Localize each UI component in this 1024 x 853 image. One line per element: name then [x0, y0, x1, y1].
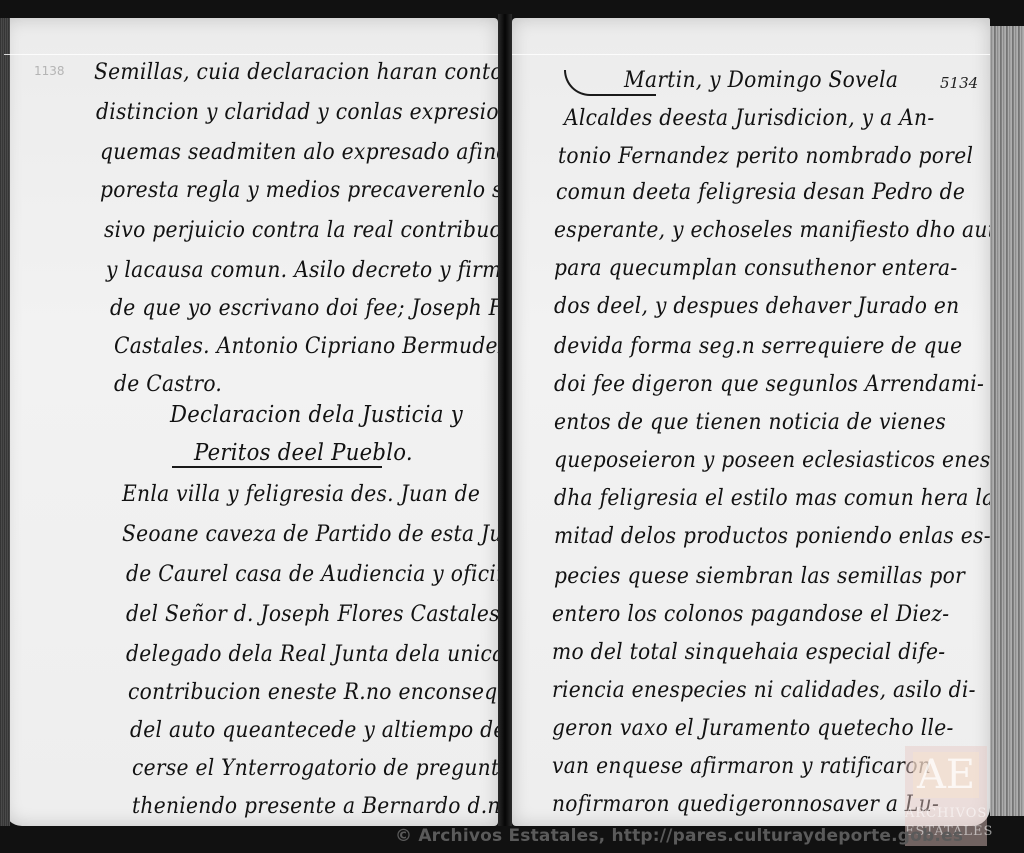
manuscript-line: riencia enespecies ni calidades, asilo d… — [552, 678, 976, 703]
manuscript-line: cerse el Ynterrogatorio de preguntas — [132, 756, 522, 781]
manuscript-line: Alcaldes deesta Jurisdicion, y a An- — [564, 106, 934, 131]
manuscript-line: del Señor d. Joseph Flores Castales sub- — [126, 602, 551, 627]
right-page: 5134 Martin, y Domingo Sovela Alcaldes d… — [512, 18, 990, 826]
manuscript-line: distincion y claridad y conlas expresion… — [96, 100, 535, 125]
copyright-watermark: © Archivos Estatales, http://pares.cultu… — [395, 826, 963, 846]
section-heading: Peritos deel Pueblo. — [194, 440, 413, 466]
manuscript-line: delegado dela Real Junta dela unica — [126, 642, 504, 667]
manuscript-line: Martin, y Domingo Sovela — [624, 68, 898, 93]
book-gutter — [498, 14, 512, 826]
manuscript-line: de que yo escrivano doi fee; Joseph Flor… — [110, 296, 555, 321]
section-heading: Declaracion dela Justicia y — [170, 402, 463, 428]
manuscript-line: mo del total sinquehaia especial dife- — [552, 640, 945, 665]
logo-mark: AE — [913, 752, 979, 798]
manuscript-line: entos de que tienen noticia de vienes — [554, 410, 946, 435]
document-viewer: 1138 Semillas, cuia declaracion haran co… — [0, 0, 1024, 853]
manuscript-line: esperante, y echoseles manifiesto dho au… — [554, 218, 1009, 243]
manuscript-line: comun deeta feligresia desan Pedro de — [556, 180, 965, 205]
logo-text-line1: ARCHIVOS — [905, 806, 987, 821]
manuscript-line: del auto queantecede y altiempo de-ne — [130, 718, 538, 743]
manuscript-line: tonio Fernandez perito nombrado porel — [558, 144, 973, 169]
left-page: 1138 Semillas, cuia declaracion haran co… — [4, 18, 498, 826]
manuscript-line: queposeieron y poseen eclesiasticos enes… — [554, 448, 1011, 473]
margin-number: 1138 — [34, 64, 65, 78]
manuscript-line: Enla villa y feligresia des. Juan de — [122, 482, 480, 507]
manuscript-line: geron vaxo el Juramento quetecho lle- — [552, 716, 954, 741]
manuscript-line: sivo perjuicio contra la real contribuci… — [104, 218, 534, 243]
manuscript-line: de Castro. — [114, 372, 222, 397]
manuscript-line: pecies quese siembran las semillas por — [554, 564, 965, 589]
folio-number: 5134 — [940, 74, 978, 92]
fold-line — [4, 54, 498, 55]
manuscript-line: devida forma seg.n serrequiere de que — [554, 334, 962, 359]
manuscript-line: dha feligresia el estilo mas comun hera … — [554, 486, 994, 511]
page-stack-edge — [990, 26, 1024, 816]
manuscript-line: y lacausa comun. Asilo decreto y firmo — [106, 258, 514, 283]
manuscript-line: entero los colonos pagandose el Diez- — [552, 602, 949, 627]
manuscript-line: de Caurel casa de Audiencia y oficina — [126, 562, 522, 587]
manuscript-line: doi fee digeron que segunlos Arrendami- — [554, 372, 984, 397]
manuscript-line: quemas seadmiten alo expresado afinde — [100, 140, 522, 165]
manuscript-line: mitad delos productos poniendo enlas es- — [554, 524, 991, 549]
manuscript-line: poresta regla y medios precaverenlo subc… — [100, 178, 553, 203]
manuscript-line: Castales. Antonio Cipriano Bermudez — [114, 334, 509, 359]
manuscript-line: nofirmaron quedigeronnosaver a Lu- — [552, 792, 939, 817]
manuscript-line: para quecumplan consuthenor entera- — [554, 256, 958, 281]
fold-line — [512, 54, 990, 55]
manuscript-line: van enquese afirmaron y ratificaron — [552, 754, 931, 779]
manuscript-line: Semillas, cuia declaracion haran contoda — [94, 60, 528, 85]
manuscript-line: dos deel, y despues dehaver Jurado en — [554, 294, 959, 319]
manuscript-line: theniendo presente a Bernardo d.n — [132, 794, 501, 819]
heading-underline — [172, 466, 382, 468]
